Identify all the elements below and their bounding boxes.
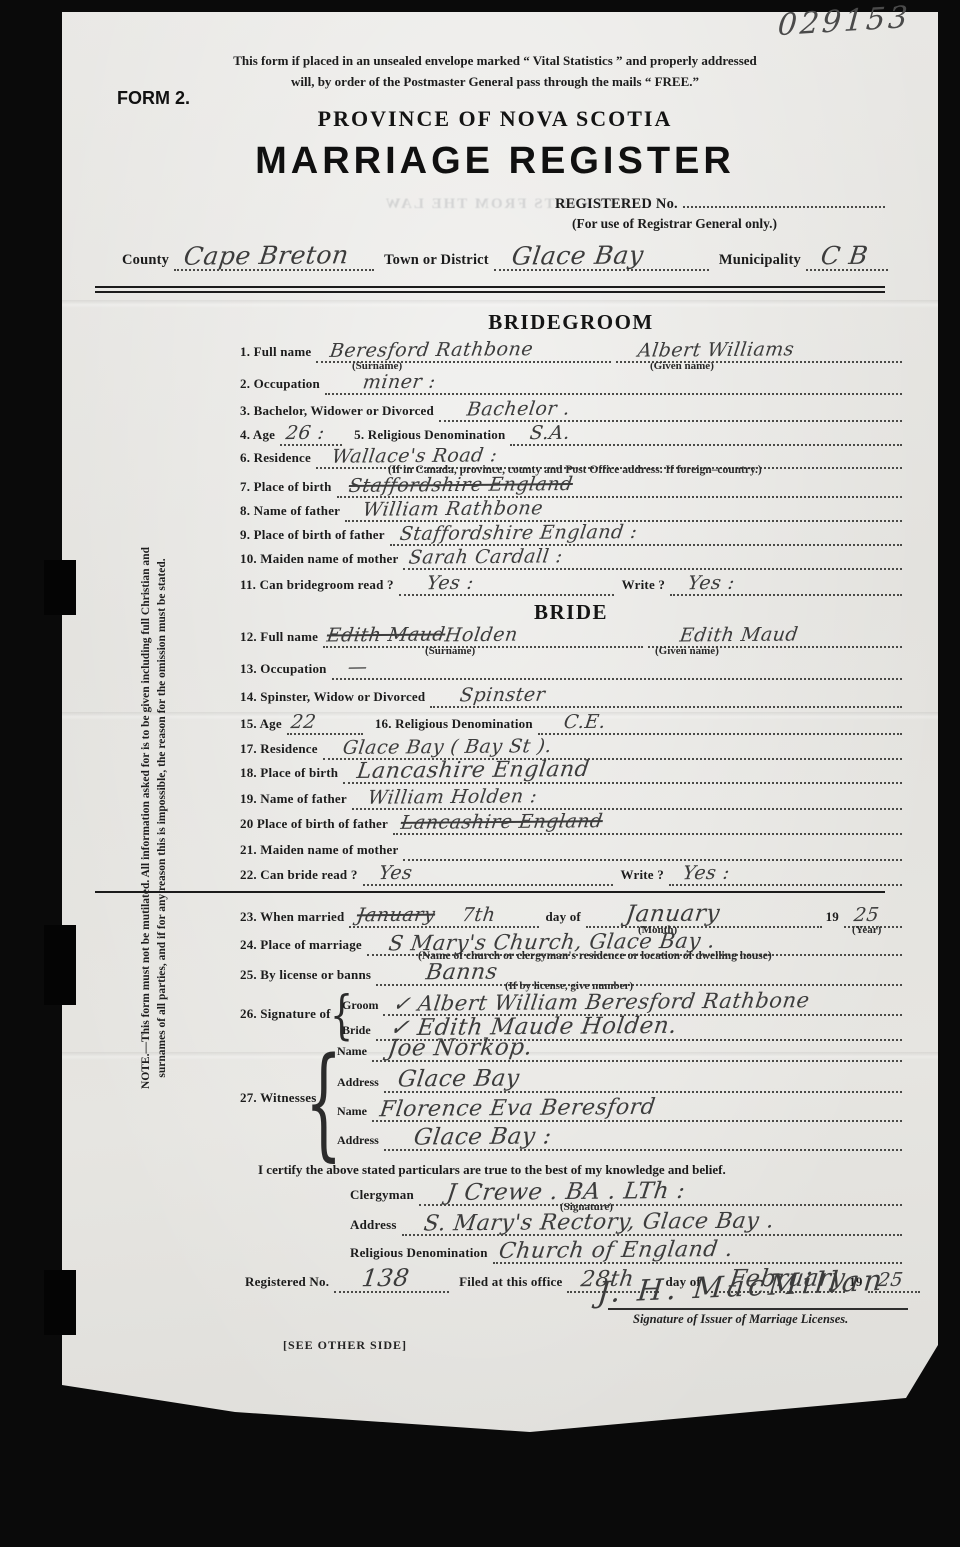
when-married-row: 23. When married January7th day of Janua…: [240, 908, 902, 928]
license-banns-label: 25. By license or banns: [240, 967, 371, 983]
town-value: Glace Bay: [511, 249, 644, 262]
groom-father-birthplace-value: Staffordshire England :: [399, 526, 638, 540]
registrar-only-note: (For use of Registrar General only.): [572, 216, 777, 232]
double-rule: [95, 286, 885, 293]
bride-write-line: Yes :: [669, 866, 902, 886]
bride-mother-label: 21. Maiden name of mother: [240, 842, 398, 858]
witness1-address-label: Address: [337, 1075, 379, 1090]
scan-edge-mark: [44, 560, 76, 615]
witness2-address-row: Address Glace Bay :: [337, 1131, 902, 1151]
when-married-line: January7th: [349, 908, 539, 928]
groom-father-value: William Rathbone: [362, 502, 544, 516]
bride-father-line: William Holden :: [352, 790, 902, 810]
scan-edge-mark: [44, 925, 76, 1005]
town-label: Town or District: [384, 252, 489, 269]
bride-write-value: Yes :: [682, 867, 730, 879]
county-row: County Cape Breton Town or District Glac…: [122, 250, 888, 271]
side-note-line1: NOTE.—This form must not be mutilated. A…: [138, 468, 154, 1168]
mailing-note: This form if placed in an unsealed envel…: [150, 50, 840, 92]
bride-occupation-row: 13. Occupation —: [240, 660, 902, 680]
bride-age-value: 22: [290, 716, 317, 728]
municipality-value: C B: [820, 250, 869, 262]
groom-write-label: Write ?: [622, 577, 665, 593]
bride-birthplace-row: 18. Place of birth Lancashire England: [240, 764, 902, 784]
bottom-registered-label: Registered No.: [245, 1274, 329, 1290]
groom-age-line: 26 :: [280, 426, 342, 446]
groom-status-label: 3. Bachelor, Widower or Divorced: [240, 403, 434, 419]
clergy-address-line: S. Mary's Rectory, Glace Bay .: [402, 1216, 902, 1236]
witness2-address-value: Glace Bay :: [413, 1130, 552, 1143]
witness2-name-value: Florence Eva Beresford: [379, 1102, 656, 1116]
groom-residence-label: 6. Residence: [240, 450, 311, 466]
groom-surname-value: Beresford Rathbone: [329, 343, 534, 357]
bride-read-line: Yes: [363, 866, 613, 886]
bride-age-religion-row: 15. Age 22 16. Religious Denomination C.…: [240, 715, 902, 735]
when-married-day: 7th: [461, 909, 496, 921]
groom-read-value: Yes :: [426, 577, 474, 589]
section-rule: [95, 891, 885, 893]
groom-mother-label: 10. Maiden name of mother: [240, 551, 398, 567]
bride-given-value: Edith Maud: [679, 628, 799, 641]
groom-religion-label: 5. Religious Denomination: [354, 427, 505, 443]
bride-birthplace-value: Lancashire England: [356, 764, 590, 778]
groom-birthplace-row: 7. Place of birth Staffordshire England: [240, 478, 902, 498]
denomination-line: Church of England .: [493, 1244, 902, 1264]
bride-age-line: 22: [287, 715, 363, 735]
bride-status-value: Spinster: [460, 689, 547, 702]
groom-age-value: 26 :: [285, 427, 325, 439]
bride-father-birthplace-value: Lancashire England: [400, 815, 603, 829]
issuer-signature-text: J. H. MacMillan: [597, 1274, 886, 1299]
clergyman-value: J Crewe . BA . LTh :: [446, 1185, 686, 1199]
groom-residence-value: Wallace's Road :: [331, 449, 498, 462]
bride-read-value: Yes: [378, 867, 413, 879]
groom-age-religion-row: 4. Age 26 : 5. Religious Denomination S.…: [240, 426, 902, 446]
groom-father-birthplace-row: 9. Place of birth of father Staffordshir…: [240, 526, 902, 546]
bride-surname-line: Edith Maud Holden: [323, 628, 643, 648]
groom-sig-value: ✓ Albert William Beresford Rathbone: [392, 994, 810, 1010]
bride-status-label: 14. Spinster, Widow or Divorced: [240, 689, 425, 705]
when-married-label: 23. When married: [240, 909, 344, 925]
witness1-address-line: Glace Bay: [384, 1073, 902, 1093]
bride-residence-line: Glace Bay ( Bay St ).: [323, 740, 902, 760]
month-value: January: [625, 908, 720, 921]
groom-father-row: 8. Name of father William Rathbone: [240, 502, 902, 522]
filed-label: Filed at this office: [459, 1274, 562, 1290]
groom-occupation-line: miner :: [325, 375, 902, 395]
groom-write-line: Yes :: [670, 576, 902, 596]
bride-fullname-label: 12. Full name: [240, 629, 318, 645]
witness1-name-line: Joe Norkop.: [372, 1042, 902, 1062]
denomination-row: Religious Denomination Church of England…: [350, 1244, 902, 1264]
bride-surname-struck: Edith Maud: [326, 628, 446, 641]
bride-father-birthplace-row: 20 Place of birth of father Lancashire E…: [240, 815, 902, 835]
side-note: NOTE.—This form must not be mutilated. A…: [138, 468, 170, 1168]
groom-father-line: William Rathbone: [345, 502, 902, 522]
bride-father-birthplace-label: 20 Place of birth of father: [240, 816, 388, 832]
groom-read-write-row: 11. Can bridegroom read ? Yes : Write ? …: [240, 576, 902, 596]
bottom-registered-value: 138: [361, 1272, 410, 1284]
side-note-line2: surnames of all parties, and if for any …: [154, 468, 170, 1168]
registered-no-row: REGISTERED No.: [555, 196, 885, 213]
clergyman-row: Clergyman J Crewe . BA . LTh :: [350, 1186, 902, 1206]
scanned-marriage-register: 029153 This form if placed in an unseale…: [0, 0, 960, 1547]
place-of-marriage-value: S Mary's Church, Glace Bay .: [388, 935, 716, 950]
serial-number-text: 029153: [777, 12, 910, 32]
witness1-address-row: Address Glace Bay: [337, 1073, 902, 1093]
bride-father-birthplace-line: Lancashire England: [393, 815, 902, 835]
groom-fullname-row: 1. Full name Beresford Rathbone Albert W…: [240, 343, 902, 363]
scan-edge-mark: [44, 1270, 76, 1335]
county-label: County: [122, 252, 169, 269]
mailing-note-line1: This form if placed in an unsealed envel…: [150, 50, 840, 71]
bride-occupation-label: 13. Occupation: [240, 661, 327, 677]
groom-given-caption: (Given name): [650, 360, 714, 372]
groom-occupation-label: 2. Occupation: [240, 376, 320, 392]
province-title: PROVINCE OF NOVA SCOTIA: [150, 106, 840, 132]
bride-status-line: Spinster: [430, 688, 902, 708]
witness2-name-label: Name: [337, 1104, 367, 1119]
bride-residence-label: 17. Residence: [240, 741, 318, 757]
year-prefix: 19: [826, 909, 839, 925]
bride-age-label: 15. Age: [240, 716, 282, 732]
denomination-value: Church of England .: [498, 1244, 734, 1258]
signature-of-label: 26. Signature of: [240, 1006, 331, 1022]
witness2-name-row: Name Florence Eva Beresford: [337, 1102, 902, 1122]
license-banns-line: Banns: [376, 966, 902, 986]
denomination-label: Religious Denomination: [350, 1245, 488, 1261]
groom-occupation-row: 2. Occupation miner :: [240, 375, 902, 395]
bride-father-value: William Holden :: [367, 790, 538, 803]
witness1-name-value: Joe Norkop.: [387, 1041, 533, 1054]
bride-birthplace-label: 18. Place of birth: [240, 765, 338, 781]
bride-occupation-line: —: [332, 660, 902, 680]
bride-read-write-row: 22. Can bride read ? Yes Write ? Yes :: [240, 866, 902, 886]
bride-given-caption: (Given name): [655, 645, 719, 657]
bride-write-label: Write ?: [621, 867, 664, 883]
registered-no-line: [683, 202, 885, 208]
bride-father-row: 19. Name of father William Holden :: [240, 790, 902, 810]
groom-birthplace-value: Staffordshire England: [348, 478, 574, 492]
groom-birthplace-line: Staffordshire England: [337, 478, 903, 498]
groom-age-label: 4. Age: [240, 427, 275, 443]
county-value: Cape Breton: [183, 249, 349, 262]
groom-religion-value: S.A.: [530, 427, 572, 439]
witness2-address-line: Glace Bay :: [384, 1131, 902, 1151]
groom-father-birthplace-line: Staffordshire England :: [390, 526, 902, 546]
witness2-address-label: Address: [337, 1133, 379, 1148]
witness1-address-value: Glace Bay: [397, 1072, 520, 1085]
groom-mother-value: Sarah Cardall :: [409, 550, 564, 563]
registered-no-label: REGISTERED No.: [555, 196, 678, 213]
day-of-label: day of: [545, 909, 581, 925]
bride-surname-caption: (Surname): [425, 645, 475, 657]
bridegroom-heading: BRIDEGROOM: [240, 310, 902, 335]
groom-status-row: 3. Bachelor, Widower or Divorced Bachelo…: [240, 402, 902, 422]
bride-surname-value: Holden: [444, 629, 518, 642]
see-other-side: [SEE OTHER SIDE]: [283, 1338, 407, 1353]
license-banns-value: Banns: [425, 967, 498, 980]
bride-sig-label: Bride: [342, 1023, 371, 1038]
bride-sig-value: ✓ Edith Maude Holden.: [389, 1020, 678, 1035]
groom-occupation-value: miner :: [362, 376, 436, 389]
county-line: Cape Breton: [174, 250, 374, 271]
clergyman-label: Clergyman: [350, 1187, 414, 1203]
certify-statement: I certify the above stated particulars a…: [258, 1162, 726, 1178]
bride-status-row: 14. Spinster, Widow or Divorced Spinster: [240, 688, 902, 708]
groom-birthplace-label: 7. Place of birth: [240, 479, 332, 495]
bride-birthplace-line: Lancashire England: [343, 764, 902, 784]
bride-religion-value: C.E.: [563, 716, 606, 728]
groom-religion-line: S.A.: [510, 426, 902, 446]
bride-religion-line: C.E.: [538, 715, 902, 735]
groom-read-line: Yes :: [399, 576, 614, 596]
issuer-signature-rule: [608, 1308, 908, 1310]
witness1-name-label: Name: [337, 1044, 367, 1059]
town-line: Glace Bay: [494, 250, 709, 271]
groom-write-value: Yes :: [687, 577, 735, 589]
bride-occupation-value: —: [347, 661, 368, 673]
groom-given-value: Albert Williams: [637, 343, 795, 356]
mailing-note-line2: will, by order of the Postmaster General…: [150, 71, 840, 92]
groom-father-birthplace-label: 9. Place of birth of father: [240, 527, 385, 543]
groom-father-label: 8. Name of father: [240, 503, 340, 519]
month-line: January: [586, 908, 822, 928]
place-of-marriage-label: 24. Place of marriage: [240, 937, 362, 953]
municipality-line: C B: [806, 250, 888, 271]
year-caption: (Year): [852, 924, 881, 936]
bride-mother-row: 21. Maiden name of mother: [240, 841, 902, 861]
year-value: 25: [853, 909, 880, 921]
bride-heading: BRIDE: [240, 600, 902, 625]
witness1-name-row: Name Joe Norkop.: [337, 1042, 902, 1062]
groom-sig-label: Groom: [342, 998, 378, 1013]
municipality-label: Municipality: [719, 252, 801, 269]
issuer-signature-caption: Signature of Issuer of Marriage Licenses…: [633, 1312, 848, 1327]
groom-read-label: 11. Can bridegroom read ?: [240, 577, 394, 593]
bride-father-label: 19. Name of father: [240, 791, 347, 807]
groom-mother-row: 10. Maiden name of mother Sarah Cardall …: [240, 550, 902, 570]
when-married-struck: January: [357, 909, 437, 922]
bride-religion-label: 16. Religious Denomination: [375, 716, 533, 732]
groom-status-line: Bachelor .: [439, 402, 902, 422]
groom-fullname-label: 1. Full name: [240, 344, 311, 360]
clergy-address-value: S. Mary's Rectory, Glace Bay .: [423, 1215, 775, 1230]
clergyman-line: J Crewe . BA . LTh :: [419, 1186, 902, 1206]
bride-residence-value: Glace Bay ( Bay St ).: [342, 740, 553, 754]
clergy-address-label: Address: [350, 1217, 397, 1233]
clergy-address-row: Address S. Mary's Rectory, Glace Bay .: [350, 1216, 902, 1236]
bottom-registered-line: 138: [334, 1272, 449, 1293]
witness2-name-line: Florence Eva Beresford: [372, 1102, 902, 1122]
serial-number: 029153: [778, 13, 911, 40]
groom-status-value: Bachelor .: [466, 403, 571, 416]
main-title: MARRIAGE REGISTER: [120, 140, 870, 183]
bride-mother-line: [403, 841, 902, 861]
bride-fullname-row: 12. Full name Edith Maud Holden Edith Ma…: [240, 628, 902, 648]
groom-mother-line: Sarah Cardall :: [403, 550, 902, 570]
bride-read-label: 22. Can bride read ?: [240, 867, 358, 883]
